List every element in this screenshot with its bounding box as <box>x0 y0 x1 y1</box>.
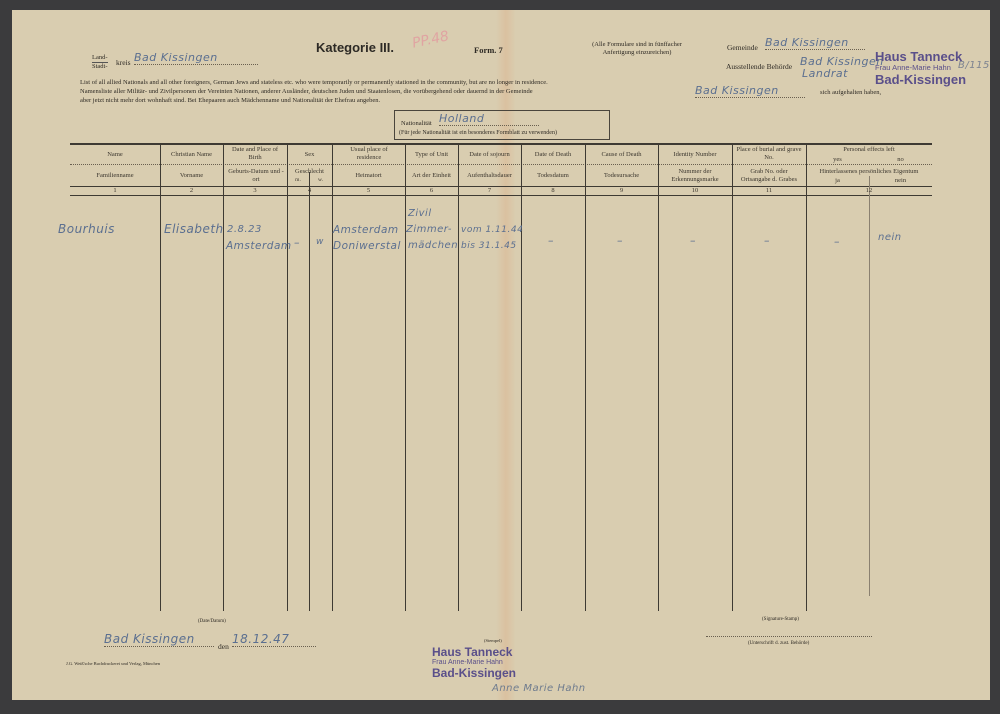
col-header-de-birth: Geburts-Datum und -ort <box>228 168 284 183</box>
official-signature-line <box>706 636 872 637</box>
col-header-christian-name: Christian Name <box>160 151 223 159</box>
printer-imprint: J.G. Weiß'sche Buchdruckerei und Verlag,… <box>66 661 160 666</box>
column-divider <box>160 143 161 611</box>
number-row-rule <box>70 195 932 196</box>
cell-sojourn-line1: vom 1.11.44 <box>461 225 523 235</box>
col-header-unit: Type of Unit <box>405 151 458 159</box>
col-header-de-death-cause: Todesursache <box>585 172 658 180</box>
copies-note-line2: Anfertigung einzureichen) <box>582 49 692 57</box>
behoerde-value-line2: Landrat <box>802 67 848 80</box>
kreis-value: Bad Kissingen <box>134 51 258 65</box>
col-header-death-cause: Cause of Death <box>585 151 658 159</box>
col-number: 10 <box>658 187 732 195</box>
gemeinde-label: Gemeinde <box>727 43 758 52</box>
footer-date-value: 18.12.47 <box>232 632 316 647</box>
col-header-de-death-date: Todesdatum <box>521 172 585 180</box>
nationality-note: (Für jede Nationalität ist ein besondere… <box>399 130 557 136</box>
cell-identity-number: – <box>690 234 696 247</box>
copies-note-line1: (Alle Formulare sind in fünffacher <box>582 41 692 49</box>
header-divider <box>70 164 932 165</box>
stamp-bottom: Haus Tanneck Frau Anne-Marie Hahn Bad-Ki… <box>432 646 516 679</box>
column-divider <box>223 143 224 611</box>
land-stadt-label: Land- Stadt- <box>92 54 108 70</box>
cell-birth-place: Amsterdam <box>226 240 292 252</box>
cell-birth-date: 2.8.23 <box>227 224 262 235</box>
stamp-top-line2: Frau Anne-Marie Hahn <box>875 64 966 72</box>
col-header-sex: Sex <box>287 151 332 159</box>
official-label: (Unterschrift d. zust. Behörde) <box>748 641 809 646</box>
col-header-sojourn: Date of sojourn <box>458 151 521 159</box>
cell-death-date: – <box>548 234 554 247</box>
stamp-top: Haus Tanneck Frau Anne-Marie Hahn Bad-Ki… <box>875 50 966 86</box>
col-header-birth: Date and Place of Birth <box>226 146 284 161</box>
cell-sex-w: w <box>316 237 324 247</box>
cell-christian-name: Elisabeth <box>164 222 224 236</box>
intro-german-line2: aber jetzt nicht mehr dort wohnhaft sind… <box>80 97 380 105</box>
cell-unit-line2: Zimmer- <box>406 224 452 235</box>
col-number: 4 <box>287 187 332 195</box>
col-number: 2 <box>160 187 223 195</box>
gemeinde-value: Bad Kissingen <box>765 36 865 50</box>
column-divider <box>405 143 406 611</box>
nationality-label: Nationalität <box>401 120 432 128</box>
col-header-de-name: Familienname <box>70 172 160 180</box>
col-header-de-residence: Heimatort <box>332 172 405 180</box>
col-number: 1 <box>70 187 160 195</box>
intro-german-suffix: sich aufgehalten haben, <box>820 89 881 97</box>
stamp-top-line1: Haus Tanneck <box>875 50 966 63</box>
den-label: den <box>218 642 229 651</box>
intro-german-line1: Namensliste aller Militär- und Zivilpers… <box>80 88 533 96</box>
form-number: Form. 7 <box>474 45 503 55</box>
cell-sex-m: – <box>294 236 300 249</box>
cell-name: Bourhuis <box>58 222 115 236</box>
col-number: 9 <box>585 187 658 195</box>
col-header-de-sex: Geschlecht <box>287 168 332 176</box>
copies-note: (Alle Formulare sind in fünffacher Anfer… <box>582 41 692 56</box>
signature: Anne Marie Hahn <box>492 683 586 694</box>
col-header-name: Name <box>70 151 160 159</box>
col-number: 12 <box>806 187 932 195</box>
cell-burial: – <box>764 234 770 247</box>
cell-unit-line3: mädchen <box>408 240 458 251</box>
date-label: (Date/Datum) <box>198 619 226 624</box>
reference-number: B/115 <box>958 60 990 71</box>
column-divider <box>585 143 586 611</box>
col-number: 11 <box>732 187 806 195</box>
column-divider-sex <box>309 172 310 611</box>
col-header-identity: Identity Number <box>658 151 732 159</box>
footer-place-value: Bad Kissingen <box>104 632 214 647</box>
col-header-effects-no: no <box>869 156 932 164</box>
stamp-top-line3: Bad-Kissingen <box>875 73 966 86</box>
cell-effects-no: nein <box>878 232 902 243</box>
column-divider-effects <box>869 176 870 596</box>
intro-gemeinde-value: Bad Kissingen <box>695 84 805 98</box>
col-header-sex-m: m. <box>287 177 309 185</box>
col-header-de-christian-name: Vorname <box>160 172 223 180</box>
cell-residence-line2: Doniwerstal <box>333 240 401 252</box>
col-header-de-effects: Hinterlassenes persönliches Eigentum <box>806 168 932 176</box>
signature-stamp-label: (Signature-Stamp) <box>762 617 799 622</box>
col-header-sex-w: w. <box>309 177 332 185</box>
col-number: 3 <box>223 187 287 195</box>
land-label: Land- <box>92 54 108 62</box>
col-number: 7 <box>458 187 521 195</box>
nationality-value: Holland <box>439 112 539 126</box>
column-divider <box>458 143 459 611</box>
stamp-bottom-line2: Frau Anne-Marie Hahn <box>432 659 516 666</box>
behoerde-label: Ausstellende Behörde <box>726 62 792 71</box>
column-divider <box>521 143 522 611</box>
col-header-de-burial: Grab No. oder Ortsangabe d. Grabes <box>736 168 802 183</box>
column-divider <box>658 143 659 611</box>
column-divider <box>287 143 288 611</box>
col-header-effects-yes: yes <box>806 156 869 164</box>
kreis-label: kreis <box>116 58 131 67</box>
col-header-de-effects-nein: nein <box>869 177 932 185</box>
column-divider <box>806 143 807 611</box>
stamp-label: (Stempel) <box>484 638 502 643</box>
stamp-bottom-line1: Haus Tanneck <box>432 646 516 658</box>
col-header-de-identity: Nummer der Erkennungsmarke <box>662 168 728 183</box>
cell-unit-line1: Zivil <box>408 208 432 219</box>
col-header-burial: Place of burial and grave No. <box>736 146 802 161</box>
col-header-residence: Usual place of residence <box>340 146 398 161</box>
col-header-effects: Personal effects left <box>806 146 932 154</box>
cell-residence-line1: Amsterdam <box>333 224 399 236</box>
cell-death-cause: – <box>617 234 623 247</box>
intro-english: List of all allied Nationals and all oth… <box>80 79 720 87</box>
stadt-label: Stadt- <box>92 62 108 71</box>
cell-sojourn-line2: bis 31.1.45 <box>461 241 517 251</box>
col-header-de-effects-ja: ja <box>806 177 869 185</box>
table-top-rule <box>70 143 932 145</box>
col-header-de-sojourn: Aufenthaltsdauer <box>458 172 521 180</box>
col-header-de-unit: Art der Einheit <box>405 172 458 180</box>
category-title: Kategorie III. <box>316 40 394 55</box>
col-number: 6 <box>405 187 458 195</box>
column-divider <box>332 143 333 611</box>
cell-effects-yes: – <box>834 235 840 248</box>
col-number: 8 <box>521 187 585 195</box>
col-header-death-date: Date of Death <box>521 151 585 159</box>
nationality-box: Nationalität Holland (Für jede Nationali… <box>394 110 610 140</box>
col-number: 5 <box>332 187 405 195</box>
stamp-bottom-line3: Bad-Kissingen <box>432 667 516 679</box>
column-divider <box>732 143 733 611</box>
